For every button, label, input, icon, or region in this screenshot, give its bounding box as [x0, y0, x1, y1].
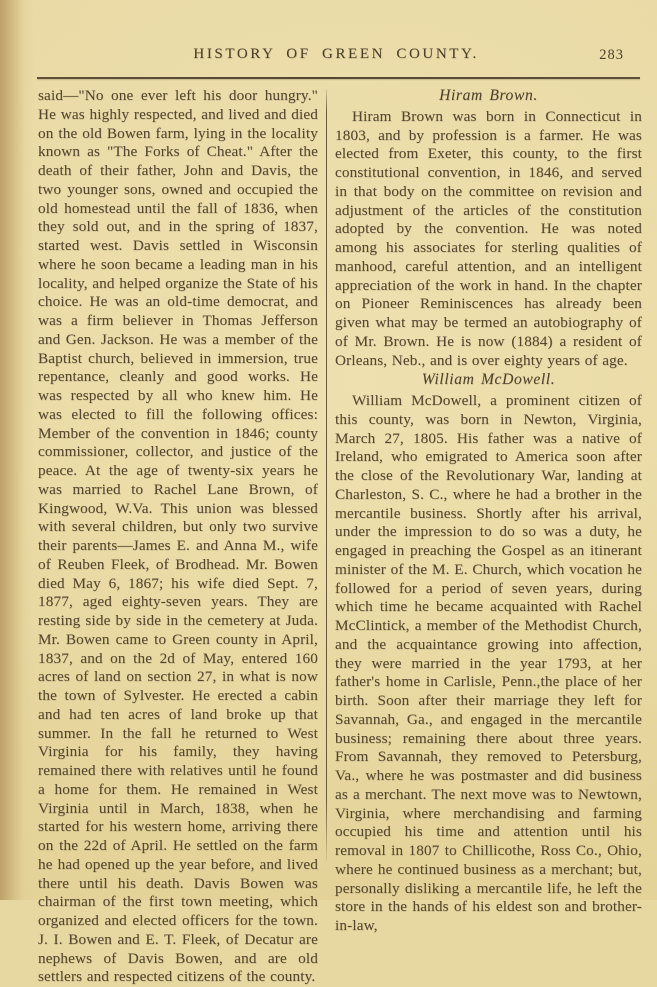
paragraph: William McDowell, a prominent citizen of… — [335, 392, 642, 900]
paragraph: said—"No one ever left his door hungry."… — [38, 87, 318, 900]
section-heading-hiram-brown: Hiram Brown. — [335, 87, 642, 106]
section-heading-william-mcdowell: William McDowell. — [335, 371, 642, 390]
page-number: 283 — [599, 47, 624, 64]
binding-shadow — [0, 0, 34, 900]
running-header: HISTORY OF GREEN COUNTY. 283 — [38, 46, 640, 66]
text-columns: said—"No one ever left his door hungry."… — [38, 87, 642, 892]
header-title: HISTORY OF GREEN COUNTY. — [193, 46, 478, 63]
column-divider — [326, 89, 327, 861]
header-rule — [37, 77, 640, 79]
paragraph: Hiram Brown was born in Connecticut in 1… — [335, 108, 642, 371]
book-page: HISTORY OF GREEN COUNTY. 283 said—"No on… — [0, 0, 657, 900]
right-column: Hiram Brown. Hiram Brown was born in Con… — [335, 87, 642, 892]
left-column: said—"No one ever left his door hungry."… — [38, 87, 318, 892]
